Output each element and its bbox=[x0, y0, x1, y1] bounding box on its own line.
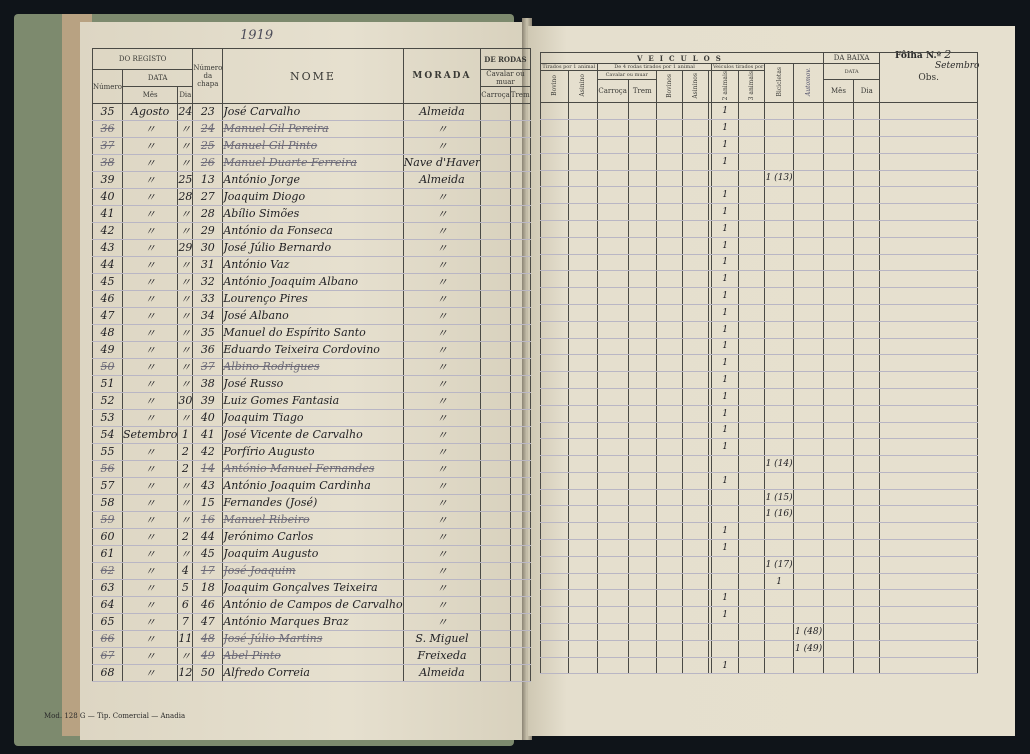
plate-number: 39 bbox=[193, 392, 223, 409]
baixa-dia-cell bbox=[854, 288, 880, 305]
bovinos-cell bbox=[656, 657, 682, 674]
obs-cell bbox=[880, 153, 978, 170]
entry-number: 51 bbox=[93, 375, 123, 392]
auto-cell bbox=[794, 338, 823, 355]
entry-address: 〃 bbox=[403, 460, 481, 477]
entry-name: António Joaquim Cardinha bbox=[223, 477, 403, 494]
bike-cell bbox=[764, 640, 793, 657]
two-animals-cell: 1 bbox=[712, 288, 738, 305]
trem-cell bbox=[628, 456, 656, 473]
entry-day: 〃 bbox=[178, 341, 193, 358]
table-row: 1 bbox=[541, 136, 978, 153]
table-row: 1 (13) bbox=[541, 170, 978, 187]
asinino-cell bbox=[569, 624, 597, 641]
entry-number: 68 bbox=[93, 664, 123, 681]
asinino-cell bbox=[569, 540, 597, 557]
obs-cell bbox=[880, 103, 978, 120]
three-animals-cell bbox=[738, 304, 764, 321]
trem-cell bbox=[628, 523, 656, 540]
plate-number: 28 bbox=[193, 205, 223, 222]
bovino-cell bbox=[541, 422, 569, 439]
obs-cell bbox=[880, 472, 978, 489]
bike-cell: 1 (16) bbox=[764, 506, 793, 523]
carroca-cell bbox=[597, 388, 628, 405]
baixa-dia-cell bbox=[854, 506, 880, 523]
entry-day: 2 bbox=[178, 443, 193, 460]
entry-name: António da Fonseca bbox=[223, 222, 403, 239]
entry-month: 〃 bbox=[122, 290, 177, 307]
entry-day: 11 bbox=[178, 630, 193, 647]
bike-cell bbox=[764, 321, 793, 338]
carroca-cell bbox=[597, 103, 628, 120]
auto-cell: 1 (49) bbox=[794, 640, 823, 657]
entry-number: 50 bbox=[93, 358, 123, 375]
plate-number: 41 bbox=[193, 426, 223, 443]
two-animals-cell: 1 bbox=[712, 254, 738, 271]
entry-number: 56 bbox=[93, 460, 123, 477]
baixa-mes-cell bbox=[823, 103, 853, 120]
obs-cell bbox=[880, 422, 978, 439]
entry-address: 〃 bbox=[403, 579, 481, 596]
entry-day: 12 bbox=[178, 664, 193, 681]
entry-day: 〃 bbox=[178, 273, 193, 290]
entry-name: Joaquim Gonçalves Teixeira bbox=[223, 579, 403, 596]
entry-address: 〃 bbox=[403, 562, 481, 579]
plate-number: 43 bbox=[193, 477, 223, 494]
header-data: DATA bbox=[122, 70, 192, 87]
two-animals-cell: 1 bbox=[712, 405, 738, 422]
table-row: 1 bbox=[541, 237, 978, 254]
entry-address: 〃 bbox=[403, 511, 481, 528]
two-animals-cell bbox=[712, 556, 738, 573]
baixa-mes-cell bbox=[823, 355, 853, 372]
header-carroca: Carroça bbox=[481, 87, 511, 104]
baixa-mes-cell bbox=[823, 254, 853, 271]
asinino-cell bbox=[569, 338, 597, 355]
table-row: 57〃〃43António Joaquim Cardinha〃 bbox=[93, 477, 531, 494]
table-row: 1 bbox=[541, 405, 978, 422]
baixa-mes-cell bbox=[823, 304, 853, 321]
bovino-cell bbox=[541, 304, 569, 321]
bike-cell: 1 bbox=[764, 573, 793, 590]
two-animals-cell: 1 bbox=[712, 153, 738, 170]
two-animals-cell bbox=[712, 506, 738, 523]
trem-cell bbox=[510, 443, 530, 460]
entry-number: 42 bbox=[93, 222, 123, 239]
asinino-cell bbox=[569, 153, 597, 170]
baixa-mes-cell bbox=[823, 573, 853, 590]
auto-cell bbox=[794, 271, 823, 288]
bovino-cell bbox=[541, 472, 569, 489]
entry-day: 2 bbox=[178, 528, 193, 545]
bovino-cell bbox=[541, 120, 569, 137]
trem-cell bbox=[510, 460, 530, 477]
entry-number: 64 bbox=[93, 596, 123, 613]
asininos-cell bbox=[683, 338, 709, 355]
entry-name: Abel Pinto bbox=[223, 647, 403, 664]
carroca-cell bbox=[481, 171, 511, 188]
table-row: 1 bbox=[541, 153, 978, 170]
three-animals-cell bbox=[738, 573, 764, 590]
two-animals-cell: 1 bbox=[712, 657, 738, 674]
printer-footer: Mod. 128 G — Tip. Comercial — Anadia bbox=[44, 712, 185, 720]
entry-name: Alfredo Correia bbox=[223, 664, 403, 681]
carroca-cell bbox=[481, 137, 511, 154]
carroca-cell bbox=[597, 304, 628, 321]
table-row: 62〃417José Joaquim〃 bbox=[93, 562, 531, 579]
entry-day: 〃 bbox=[178, 205, 193, 222]
table-row: 68〃1250Alfredo CorreiaAlmeida bbox=[93, 664, 531, 681]
entry-number: 67 bbox=[93, 647, 123, 664]
trem-cell bbox=[628, 254, 656, 271]
two-animals-cell: 1 bbox=[712, 523, 738, 540]
plate-number: 47 bbox=[193, 613, 223, 630]
bovino-cell bbox=[541, 489, 569, 506]
obs-cell bbox=[880, 271, 978, 288]
carroca-cell bbox=[481, 460, 511, 477]
asinino-cell bbox=[569, 405, 597, 422]
baixa-dia-cell bbox=[854, 489, 880, 506]
bovino-cell bbox=[541, 355, 569, 372]
entry-number: 38 bbox=[93, 154, 123, 171]
two-animals-cell bbox=[712, 573, 738, 590]
asininos-cell bbox=[683, 103, 709, 120]
obs-cell bbox=[880, 170, 978, 187]
obs-cell bbox=[880, 187, 978, 204]
asinino-cell bbox=[569, 657, 597, 674]
baixa-mes-cell bbox=[823, 540, 853, 557]
auto-cell bbox=[794, 304, 823, 321]
entry-number: 63 bbox=[93, 579, 123, 596]
auto-cell bbox=[794, 540, 823, 557]
table-row: 1 (15) bbox=[541, 489, 978, 506]
table-row: 39〃2513António JorgeAlmeida bbox=[93, 171, 531, 188]
trem-cell bbox=[510, 239, 530, 256]
header-bicicletas: Bicicletas bbox=[776, 67, 783, 97]
header-mes: Mês bbox=[122, 87, 177, 104]
bovino-cell bbox=[541, 271, 569, 288]
entry-number: 52 bbox=[93, 392, 123, 409]
two-animals-cell: 1 bbox=[712, 607, 738, 624]
entry-address: 〃 bbox=[403, 341, 481, 358]
carroca-cell bbox=[481, 613, 511, 630]
auto-cell bbox=[794, 237, 823, 254]
table-row: 1 bbox=[541, 103, 978, 120]
carroca-cell bbox=[597, 456, 628, 473]
asinino-cell bbox=[569, 422, 597, 439]
bovinos-cell bbox=[656, 120, 682, 137]
baixa-mes-cell bbox=[823, 288, 853, 305]
asinino-cell bbox=[569, 136, 597, 153]
entry-number: 60 bbox=[93, 528, 123, 545]
carroca-cell bbox=[481, 596, 511, 613]
baixa-dia-cell bbox=[854, 103, 880, 120]
entry-address: Almeida bbox=[403, 104, 481, 121]
entry-number: 39 bbox=[93, 171, 123, 188]
baixa-dia-cell bbox=[854, 220, 880, 237]
trem-cell bbox=[510, 528, 530, 545]
bovino-cell bbox=[541, 136, 569, 153]
carroca-cell bbox=[597, 556, 628, 573]
three-animals-cell bbox=[738, 607, 764, 624]
baixa-dia-cell bbox=[854, 136, 880, 153]
three-animals-cell bbox=[738, 187, 764, 204]
table-row: 1 bbox=[541, 439, 978, 456]
baixa-dia-cell bbox=[854, 304, 880, 321]
entry-day: 30 bbox=[178, 392, 193, 409]
asinino-cell bbox=[569, 456, 597, 473]
carroca-cell bbox=[481, 409, 511, 426]
trem-cell bbox=[628, 556, 656, 573]
table-row: 1 bbox=[541, 540, 978, 557]
three-animals-cell bbox=[738, 523, 764, 540]
header-tirados-1-animal: Tirados por 1 animal bbox=[541, 64, 598, 71]
carroca-cell bbox=[481, 511, 511, 528]
bovinos-cell bbox=[656, 237, 682, 254]
trem-cell bbox=[510, 392, 530, 409]
table-row: 43〃2930José Júlio Bernardo〃 bbox=[93, 239, 531, 256]
baixa-dia-cell bbox=[854, 237, 880, 254]
entry-day: 29 bbox=[178, 239, 193, 256]
baixa-dia-cell bbox=[854, 271, 880, 288]
entry-address: 〃 bbox=[403, 596, 481, 613]
entry-day: 〃 bbox=[178, 511, 193, 528]
baixa-mes-cell bbox=[823, 153, 853, 170]
entry-name: José Júlio Martins bbox=[223, 630, 403, 647]
header-dia: Dia bbox=[178, 87, 193, 104]
baixa-mes-cell bbox=[823, 506, 853, 523]
carroca-cell bbox=[597, 590, 628, 607]
obs-cell bbox=[880, 136, 978, 153]
entry-month: 〃 bbox=[122, 358, 177, 375]
two-animals-cell bbox=[712, 456, 738, 473]
asininos-cell bbox=[683, 170, 709, 187]
auto-cell bbox=[794, 355, 823, 372]
trem-cell bbox=[628, 657, 656, 674]
bike-cell bbox=[764, 288, 793, 305]
baixa-mes-cell bbox=[823, 170, 853, 187]
baixa-mes-cell bbox=[823, 120, 853, 137]
auto-cell bbox=[794, 153, 823, 170]
auto-cell bbox=[794, 422, 823, 439]
baixa-mes-cell bbox=[823, 372, 853, 389]
bike-cell bbox=[764, 624, 793, 641]
auto-cell bbox=[794, 523, 823, 540]
trem-cell bbox=[628, 540, 656, 557]
entry-number: 36 bbox=[93, 120, 123, 137]
plate-number: 37 bbox=[193, 358, 223, 375]
table-row: 48〃〃35Manuel do Espírito Santo〃 bbox=[93, 324, 531, 341]
asininos-cell bbox=[683, 204, 709, 221]
table-row: 46〃〃33Lourenço Pires〃 bbox=[93, 290, 531, 307]
trem-cell bbox=[510, 545, 530, 562]
auto-cell bbox=[794, 204, 823, 221]
entry-number: 41 bbox=[93, 205, 123, 222]
header-trem-right: Trem bbox=[628, 80, 656, 103]
auto-cell bbox=[794, 220, 823, 237]
entry-day: 〃 bbox=[178, 358, 193, 375]
entry-month: 〃 bbox=[122, 307, 177, 324]
entry-day: 6 bbox=[178, 596, 193, 613]
entry-number: 49 bbox=[93, 341, 123, 358]
entry-number: 43 bbox=[93, 239, 123, 256]
plate-number: 33 bbox=[193, 290, 223, 307]
header-2-animais: 2 animais bbox=[722, 71, 729, 100]
entry-month: 〃 bbox=[122, 511, 177, 528]
asininos-cell bbox=[683, 153, 709, 170]
entry-address: 〃 bbox=[403, 120, 481, 137]
three-animals-cell bbox=[738, 372, 764, 389]
three-animals-cell bbox=[738, 153, 764, 170]
bovinos-cell bbox=[656, 288, 682, 305]
entry-month: 〃 bbox=[122, 205, 177, 222]
entry-address: 〃 bbox=[403, 443, 481, 460]
asinino-cell bbox=[569, 187, 597, 204]
asininos-cell bbox=[683, 523, 709, 540]
trem-cell bbox=[510, 222, 530, 239]
bike-cell bbox=[764, 304, 793, 321]
asininos-cell bbox=[683, 220, 709, 237]
table-row: 45〃〃32António Joaquim Albano〃 bbox=[93, 273, 531, 290]
asinino-cell bbox=[569, 120, 597, 137]
bovinos-cell bbox=[656, 506, 682, 523]
carroca-cell bbox=[597, 472, 628, 489]
auto-cell bbox=[794, 103, 823, 120]
entry-name: José Júlio Bernardo bbox=[223, 239, 403, 256]
plate-number: 26 bbox=[193, 154, 223, 171]
baixa-mes-cell bbox=[823, 271, 853, 288]
baixa-dia-cell bbox=[854, 590, 880, 607]
trem-cell bbox=[510, 409, 530, 426]
entry-day: 〃 bbox=[178, 222, 193, 239]
table-row: 64〃646António de Campos de Carvalho〃 bbox=[93, 596, 531, 613]
obs-cell bbox=[880, 254, 978, 271]
two-animals-cell: 1 bbox=[712, 136, 738, 153]
baixa-mes-cell bbox=[823, 657, 853, 674]
table-row: 1 bbox=[541, 254, 978, 271]
trem-cell bbox=[510, 137, 530, 154]
entry-day: 〃 bbox=[178, 545, 193, 562]
auto-cell bbox=[794, 254, 823, 271]
asininos-cell bbox=[683, 456, 709, 473]
baixa-mes-cell bbox=[823, 624, 853, 641]
three-animals-cell bbox=[738, 657, 764, 674]
table-row: 61〃〃45Joaquim Augusto〃 bbox=[93, 545, 531, 562]
table-row: 1 bbox=[541, 338, 978, 355]
three-animals-cell bbox=[738, 640, 764, 657]
bike-cell bbox=[764, 472, 793, 489]
trem-cell bbox=[628, 338, 656, 355]
auto-cell bbox=[794, 590, 823, 607]
bovino-cell bbox=[541, 456, 569, 473]
header-carroca-right: Carroça bbox=[597, 80, 628, 103]
entry-month: 〃 bbox=[122, 171, 177, 188]
three-animals-cell bbox=[738, 422, 764, 439]
table-row: 60〃244Jerónimo Carlos〃 bbox=[93, 528, 531, 545]
trem-cell bbox=[510, 120, 530, 137]
entry-address: 〃 bbox=[403, 494, 481, 511]
baixa-mes-cell bbox=[823, 439, 853, 456]
bovino-cell bbox=[541, 657, 569, 674]
plate-number: 44 bbox=[193, 528, 223, 545]
entry-address: 〃 bbox=[403, 545, 481, 562]
carroca-cell bbox=[481, 443, 511, 460]
table-row: 59〃〃16Manuel Ribeiro〃 bbox=[93, 511, 531, 528]
carroca-cell bbox=[597, 540, 628, 557]
asinino-cell bbox=[569, 523, 597, 540]
carroca-cell bbox=[597, 439, 628, 456]
carroca-cell bbox=[481, 375, 511, 392]
bovinos-cell bbox=[656, 220, 682, 237]
entry-name: António Marques Braz bbox=[223, 613, 403, 630]
trem-cell bbox=[628, 489, 656, 506]
asininos-cell bbox=[683, 321, 709, 338]
baixa-mes-cell bbox=[823, 590, 853, 607]
two-animals-cell: 1 bbox=[712, 120, 738, 137]
table-row: 1 bbox=[541, 573, 978, 590]
header-asinino: Asinino bbox=[579, 74, 586, 97]
bike-cell bbox=[764, 422, 793, 439]
asininos-cell bbox=[683, 590, 709, 607]
trem-cell bbox=[510, 104, 530, 121]
bike-cell bbox=[764, 237, 793, 254]
trem-cell bbox=[628, 355, 656, 372]
three-animals-cell bbox=[738, 590, 764, 607]
bovino-cell bbox=[541, 170, 569, 187]
two-animals-cell: 1 bbox=[712, 422, 738, 439]
header-baixa-mes: Mês bbox=[823, 80, 853, 103]
bike-cell bbox=[764, 439, 793, 456]
header-baixa-data: DATA bbox=[823, 64, 880, 80]
carroca-cell bbox=[597, 422, 628, 439]
bike-cell: 1 (13) bbox=[764, 170, 793, 187]
bovinos-cell bbox=[656, 170, 682, 187]
auto-cell bbox=[794, 288, 823, 305]
entry-day: 〃 bbox=[178, 154, 193, 171]
bovinos-cell bbox=[656, 321, 682, 338]
header-veiculos: VEICULOS bbox=[541, 53, 824, 64]
entry-month: 〃 bbox=[122, 137, 177, 154]
obs-cell bbox=[880, 540, 978, 557]
entry-number: 47 bbox=[93, 307, 123, 324]
bovinos-cell bbox=[656, 640, 682, 657]
entry-address: Nave d'Haver bbox=[403, 154, 481, 171]
table-row: 51〃〃38José Russo〃 bbox=[93, 375, 531, 392]
bovinos-cell bbox=[656, 338, 682, 355]
asininos-cell bbox=[683, 624, 709, 641]
two-animals-cell: 1 bbox=[712, 372, 738, 389]
trem-cell bbox=[510, 664, 530, 681]
trem-cell bbox=[510, 307, 530, 324]
trem-cell bbox=[510, 630, 530, 647]
asinino-cell bbox=[569, 355, 597, 372]
bovino-cell bbox=[541, 288, 569, 305]
plate-number: 48 bbox=[193, 630, 223, 647]
carroca-cell bbox=[481, 324, 511, 341]
trem-cell bbox=[628, 170, 656, 187]
bovino-cell bbox=[541, 540, 569, 557]
entry-address: Almeida bbox=[403, 664, 481, 681]
carroca-cell bbox=[481, 358, 511, 375]
asinino-cell bbox=[569, 372, 597, 389]
auto-cell bbox=[794, 439, 823, 456]
three-animals-cell bbox=[738, 624, 764, 641]
entry-address: 〃 bbox=[403, 324, 481, 341]
header-obs: Obs. bbox=[880, 53, 978, 103]
trem-cell bbox=[628, 271, 656, 288]
trem-cell bbox=[628, 204, 656, 221]
auto-cell bbox=[794, 120, 823, 137]
